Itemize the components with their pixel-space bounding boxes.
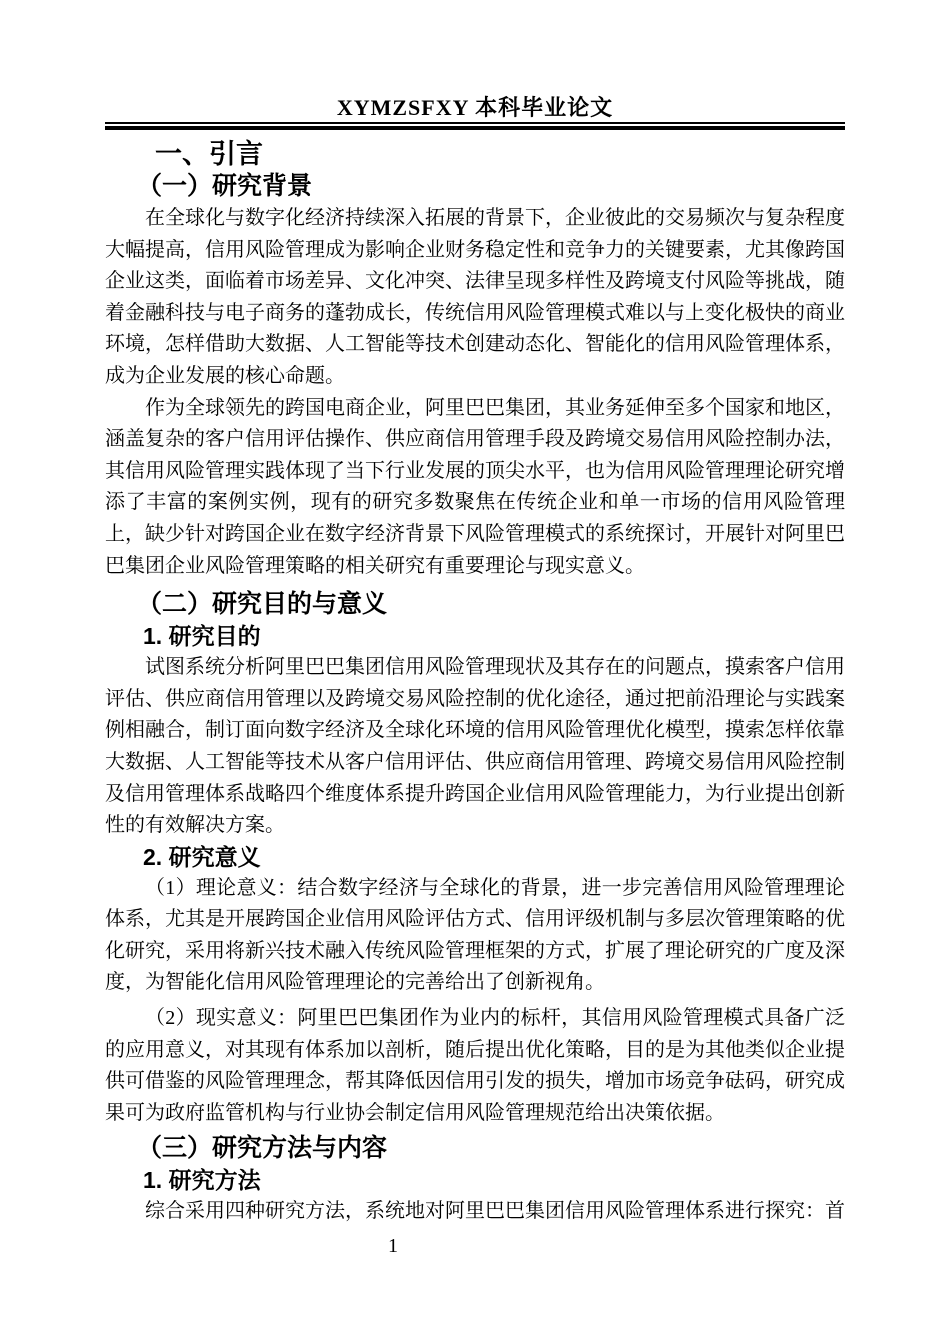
paragraph-background-2: 作为全球领先的跨国电商企业，阿里巴巴集团，其业务延伸至多个国家和地区，涵盖复杂的…	[105, 393, 845, 583]
section-heading-introduction: 一、引言	[155, 138, 845, 170]
paragraph-practical-significance: （2）现实意义：阿里巴巴集团作为业内的标杆，其信用风险管理模式具备广泛的应用意义…	[105, 1003, 845, 1129]
subsection-heading-research-background: （一）研究背景	[137, 170, 845, 203]
document-page: XYMZSFXY 本科毕业论文 一、引言 （一）研究背景 在全球化与数字化经济持…	[0, 0, 950, 1344]
subsubsection-heading-research-purpose: 1. 研究目的	[143, 621, 845, 652]
subsection-heading-methods-content: （三）研究方法与内容	[137, 1132, 845, 1165]
subsubsection-heading-research-significance: 2. 研究意义	[143, 842, 845, 873]
page-header-title: XYMZSFXY 本科毕业论文	[105, 96, 845, 120]
header-divider-rule	[105, 122, 845, 130]
paragraph-research-purpose: 试图系统分析阿里巴巴集团信用风险管理现状及其存在的问题点，摸索客户信用评估、供应…	[105, 652, 845, 842]
document-content: XYMZSFXY 本科毕业论文 一、引言 （一）研究背景 在全球化与数字化经济持…	[105, 0, 845, 1228]
subsection-heading-purpose-significance: （二）研究目的与意义	[137, 588, 845, 621]
paragraph-theoretical-significance: （1）理论意义：结合数字经济与全球化的背景，进一步完善信用风险管理理论体系，尤其…	[105, 873, 845, 999]
paragraph-research-methods: 综合采用四种研究方法，系统地对阿里巴巴集团信用风险管理体系进行探究：首	[105, 1196, 845, 1228]
page-number: 1	[388, 1234, 398, 1258]
paragraph-background-1: 在全球化与数字化经济持续深入拓展的背景下，企业彼此的交易频次与复杂程度大幅提高，…	[105, 203, 845, 393]
subsubsection-heading-research-methods: 1. 研究方法	[143, 1165, 845, 1196]
